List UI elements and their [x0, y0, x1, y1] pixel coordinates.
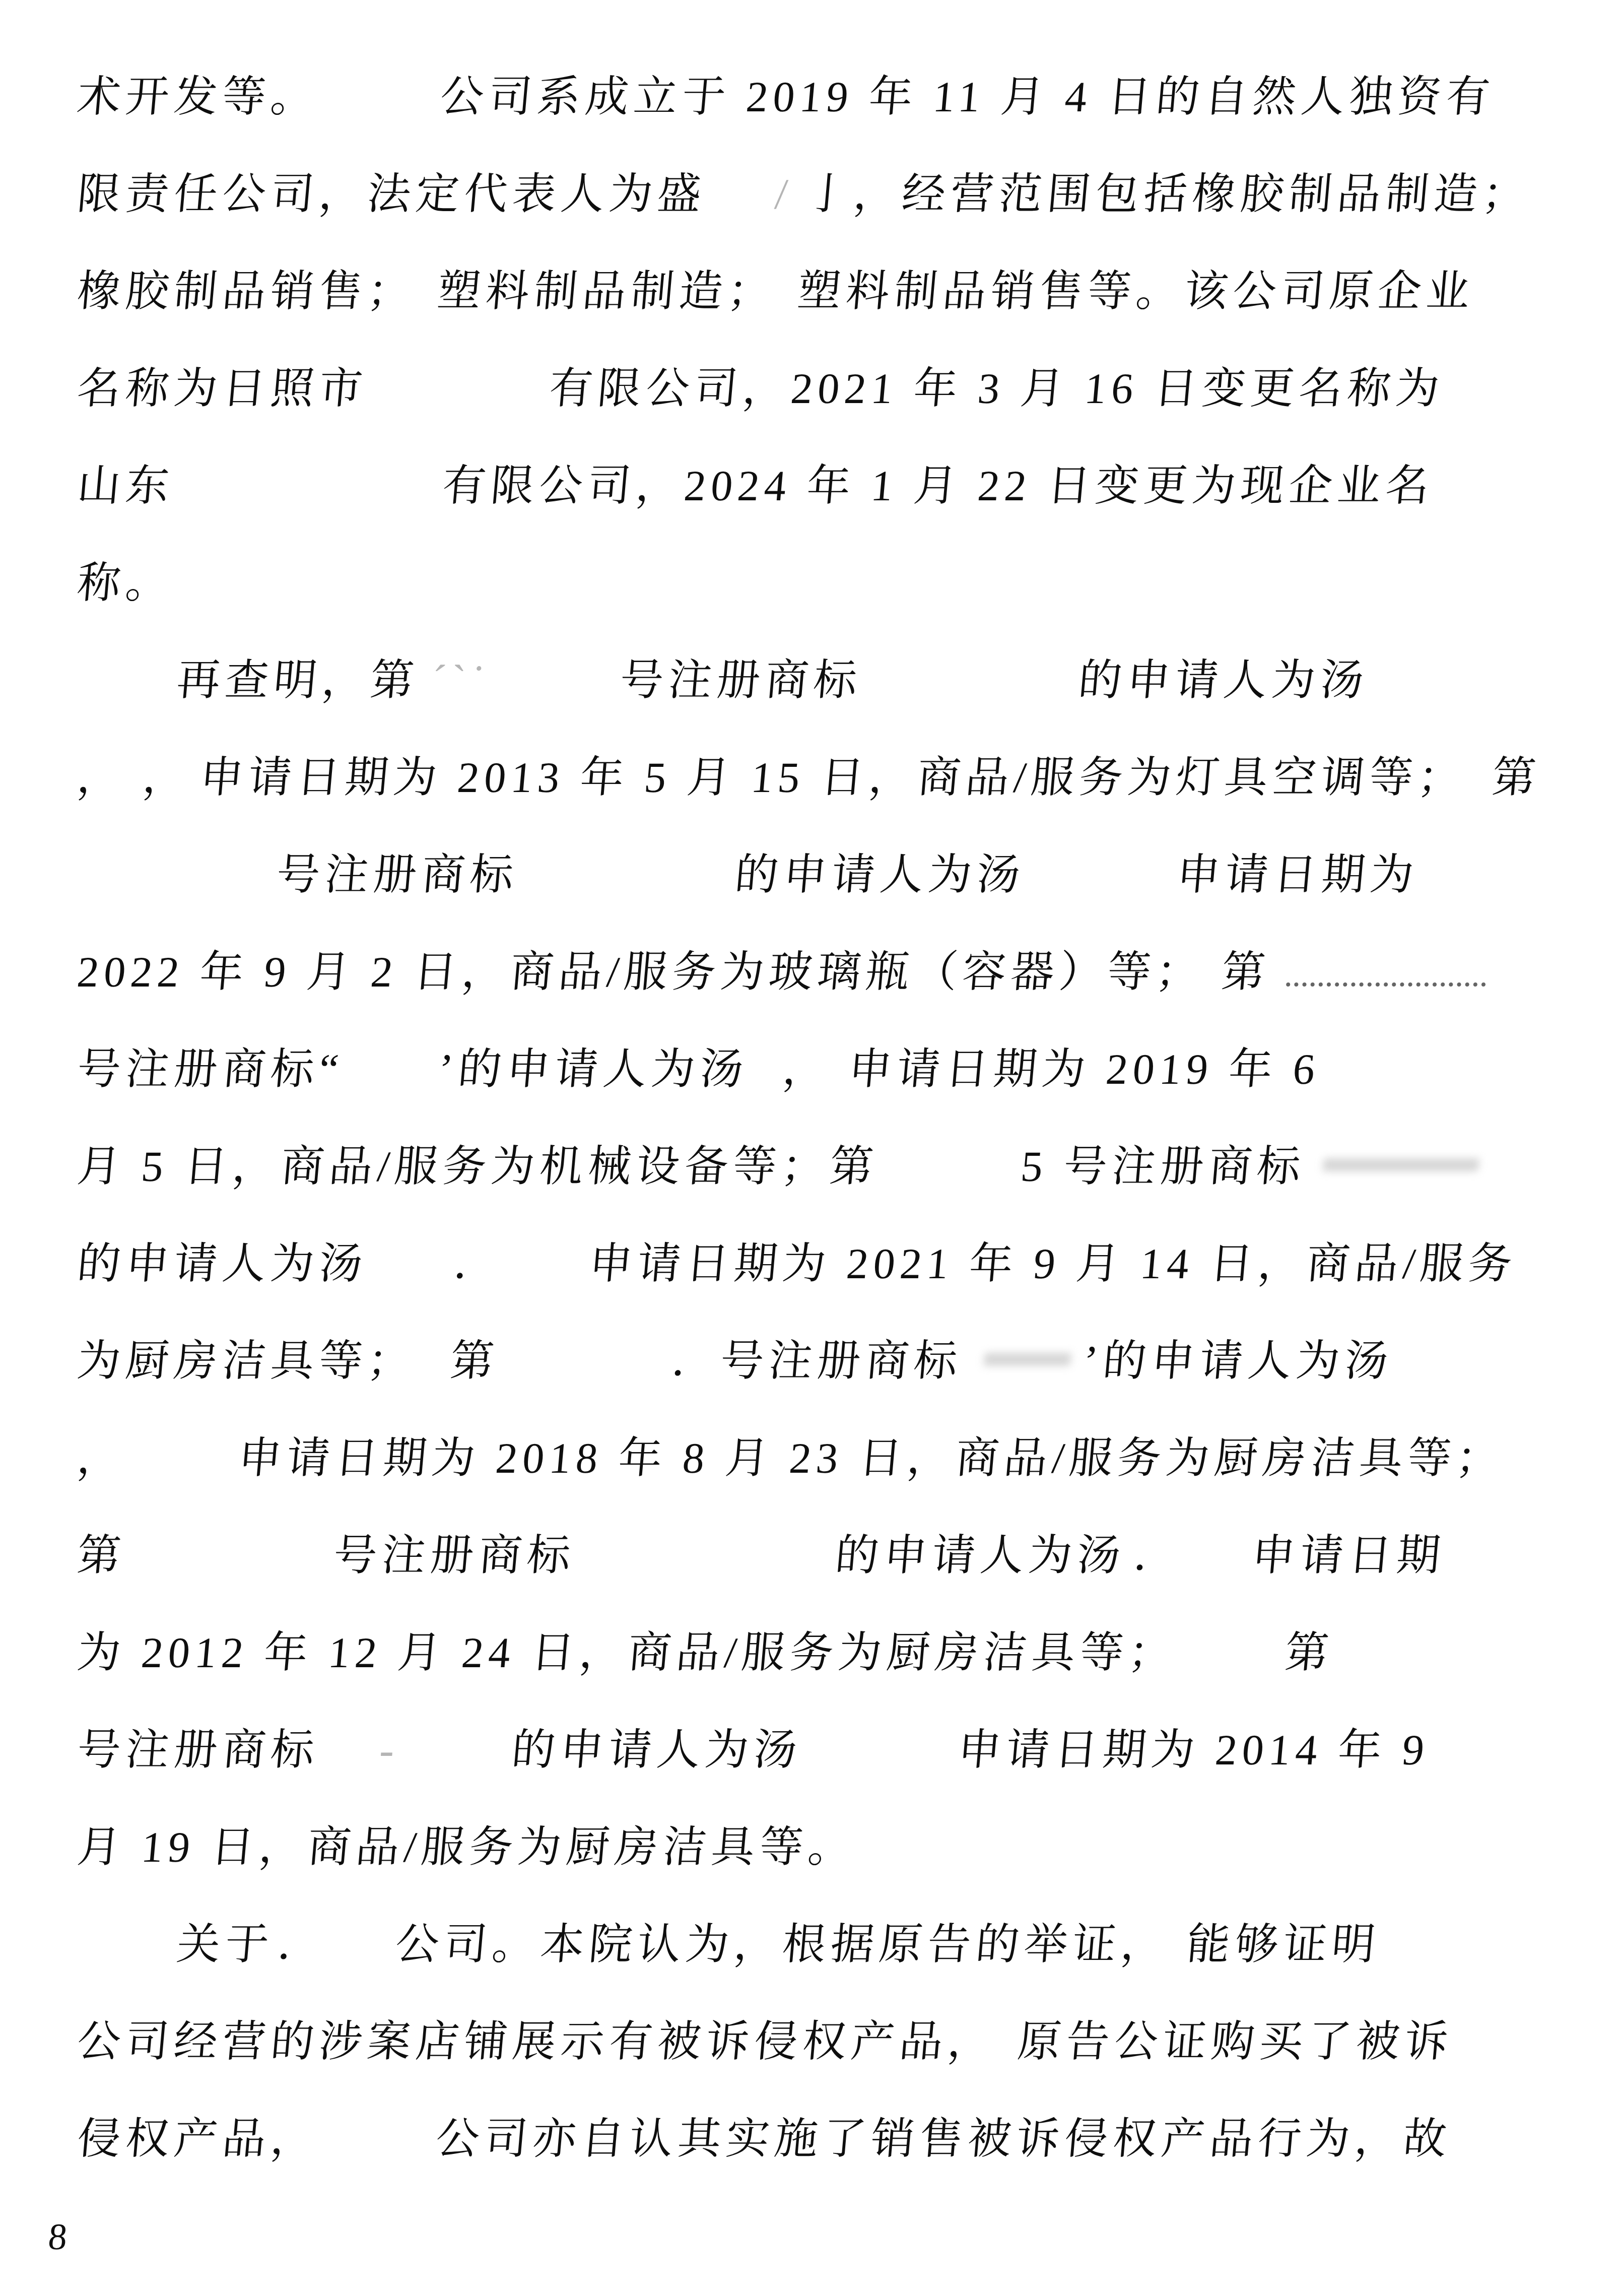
text-segment: 申请日期 [1250, 1531, 1447, 1580]
text-line: 关于．公司。本院认为，根据原告的举证，能够证明 [73, 1896, 1598, 1993]
text-segment: 为厨房洁具等； [75, 1337, 418, 1385]
text-segment: 为 2012 年 12 月 24 日，商品/服务为厨房洁具等； [75, 1628, 1179, 1677]
text-segment: ． [1132, 1531, 1184, 1580]
text-segment: 第 [448, 1337, 501, 1385]
text-segment: 第 [1283, 1628, 1335, 1677]
text-segment: 号注册商标 [331, 1531, 577, 1580]
text-line: ，申请日期为 2018 年 8 月 23 日，商品/服务为厨房洁具等； [73, 1410, 1598, 1507]
text-segment: 有限公司，2021 年 3 月 16 日变更名称为 [547, 364, 1446, 413]
text-segment: 申请日期为 2013 年 5 月 15 日，商品/服务为灯具空调等； [198, 753, 1468, 802]
text-segment: 2022 年 9 月 2 日，商品/服务为玻璃瓶（容器）等； [75, 948, 1206, 996]
redaction-blur [1322, 1158, 1479, 1171]
text-segment: ， [75, 1434, 127, 1482]
text-segment: 公司亦自认其实施了销售被诉侵权产品行为，故 [434, 2115, 1453, 2163]
text-segment: 号注册商标 [275, 850, 520, 899]
document-page: 术开发等。公司系成立于 2019 年 11 月 4 日的自然人独资有限责任公司，… [0, 0, 1622, 2296]
text-line: ，，申请日期为 2013 年 5 月 15 日，商品/服务为灯具空调等；第 [73, 729, 1598, 826]
text-segment: 月 5 日，商品/服务为机械设备等；第 [75, 1142, 880, 1191]
text-segment: ， [781, 1045, 833, 1093]
text-segment: 侵权产品， [75, 2115, 321, 2163]
text-segment: 山东 [75, 462, 176, 510]
text-segment: 的申请人为汤 [510, 1726, 804, 1774]
text-segment: 名称为日照市 [75, 364, 369, 413]
text-line: 山东有限公司，2024 年 1 月 22 日变更为现企业名 [73, 437, 1598, 535]
text-segment: 的申请人为汤 [733, 850, 1027, 899]
text-segment: 限责任公司，法定代表人为盛 [75, 170, 708, 218]
text-line: 为 2012 年 12 月 24 日，商品/服务为厨房洁具等；第 [73, 1604, 1598, 1701]
text-line: 橡胶制品销售；塑料制品制造；塑料制品销售等。该公司原企业 [73, 243, 1598, 340]
page-number: 8 [46, 2216, 69, 2259]
text-segment: 公司系成立于 2019 年 11 月 4 日的自然人独资有 [438, 73, 1497, 121]
text-line: 月 5 日，商品/服务为机械设备等；第5 号注册商标 [73, 1118, 1598, 1215]
text-line: 术开发等。公司系成立于 2019 年 11 月 4 日的自然人独资有 [73, 48, 1598, 146]
text-segment: 公司经营的涉案店铺展示有被诉侵权产品， [75, 2017, 998, 2066]
text-segment: 称。 [75, 559, 176, 607]
text-segment: 号注册商标“ [75, 1045, 346, 1093]
text-segment: ， [141, 753, 193, 802]
text-line: 再查明，第ˊˋ˙号注册商标的申请人为汤 [73, 632, 1598, 729]
text-line: 称。 [73, 535, 1598, 632]
text-line: 月 19 日，商品/服务为厨房洁具等。 [73, 1799, 1598, 1896]
text-segment: 原告公证购买了被诉 [1016, 2017, 1455, 2066]
text-segment: 有限公司，2024 年 1 月 22 日变更为现企业名 [440, 462, 1436, 510]
redaction-remnant: / [773, 170, 794, 218]
text-line: 限责任公司，法定代表人为盛/亅，经营范围包括橡胶制品制造； [73, 146, 1598, 243]
text-segment: 申请日期为 2019 年 6 [846, 1045, 1322, 1093]
text-line: 号注册商标“’的申请人为汤，申请日期为 2019 年 6 [73, 1021, 1598, 1118]
text-line: 号注册商标的申请人为汤申请日期为 [73, 826, 1598, 924]
text-line: 名称为日照市有限公司，2021 年 3 月 16 日变更名称为 [73, 340, 1598, 437]
text-segment: 公司。本院认为，根据原告的举证， [393, 1920, 1171, 1969]
text-segment: 的申请人为汤 [1076, 656, 1371, 704]
text-line: 的申请人为汤．申请日期为 2021 年 9 月 14 日，商品/服务 [73, 1215, 1598, 1313]
text-segment: 橡胶制品销售； [75, 267, 418, 315]
text-line: 号注册商标‐的申请人为汤申请日期为 2014 年 9 [73, 1701, 1598, 1799]
text-segment: 号注册商标 [618, 656, 864, 704]
text-segment: ．号注册商标 [670, 1337, 964, 1385]
text-segment: 申请日期为 2021 年 9 月 14 日，商品/服务 [587, 1239, 1519, 1288]
redaction-remnant: ˊˋ˙ [430, 656, 492, 704]
text-segment: 第 [1490, 753, 1542, 802]
text-line: 2022 年 9 月 2 日，商品/服务为玻璃瓶（容器）等；第 [73, 924, 1598, 1021]
text-segment: 塑料制品销售等。该公司原企业 [795, 267, 1476, 315]
text-segment: 号注册商标 [75, 1726, 321, 1774]
text-line: 侵权产品，公司亦自认其实施了销售被诉侵权产品行为，故 [73, 2090, 1598, 2188]
redaction-dots [1286, 951, 1489, 987]
text-line: 公司经营的涉案店铺展示有被诉侵权产品，原告公证购买了被诉 [73, 1993, 1598, 2090]
text-segment: 能够证明 [1185, 1920, 1382, 1969]
text-segment: ． [276, 1920, 328, 1969]
redaction-blur [983, 1353, 1071, 1366]
text-segment: ’的申请人为汤 [437, 1045, 751, 1093]
text-segment: ’的申请人为汤 [1082, 1337, 1395, 1385]
text-segment: ， [75, 753, 127, 802]
text-segment: 申请日期为 2014 年 9 [956, 1726, 1431, 1774]
text-segment: ． [452, 1239, 504, 1288]
text-line: 第号注册商标的申请人为汤．申请日期 [73, 1507, 1598, 1604]
text-segment: 塑料制品制造； [435, 267, 778, 315]
text-segment: 第 [75, 1531, 127, 1580]
redaction-remnant: ‐ [378, 1726, 401, 1774]
text-segment: 月 19 日，商品/服务为厨房洁具等。 [75, 1823, 858, 1871]
text-segment: 的申请人为汤 [75, 1239, 369, 1288]
document-text: 术开发等。公司系成立于 2019 年 11 月 4 日的自然人独资有限责任公司，… [76, 48, 1592, 2188]
text-segment: 第 [1220, 948, 1272, 996]
text-segment: 术开发等。 [75, 73, 321, 121]
text-segment: 关于 [175, 1920, 276, 1969]
text-segment: 再查明，第 [175, 656, 421, 704]
text-line: 为厨房洁具等；第．号注册商标’的申请人为汤 [73, 1313, 1598, 1410]
text-segment: 申请日期为 2018 年 8 月 23 日，商品/服务为厨房洁具等； [236, 1434, 1507, 1482]
text-segment: 亅，经营范围包括橡胶制品制造； [803, 170, 1533, 218]
text-segment: 申请日期为 [1175, 850, 1421, 899]
text-segment: 5 号注册商标 [1019, 1142, 1308, 1191]
text-segment: 的申请人为汤 [833, 1531, 1127, 1580]
